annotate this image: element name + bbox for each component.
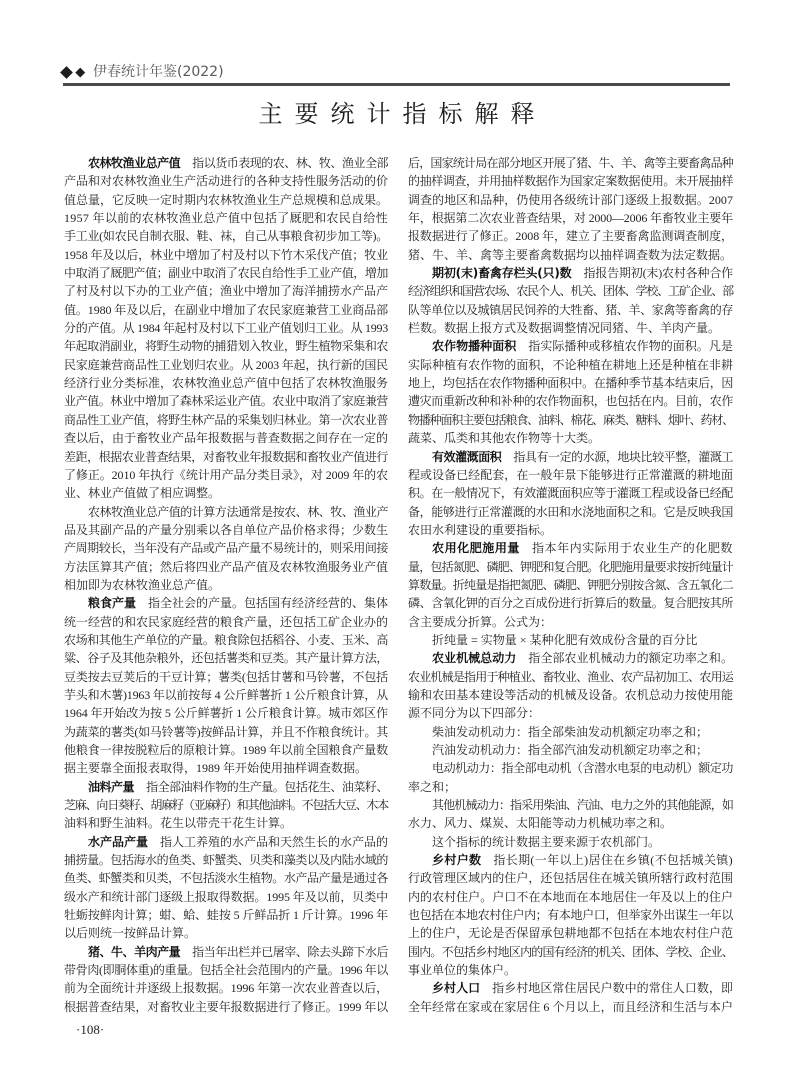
definition-text: 指当年出栏并已屠宰、除去头蹄下水后 <box>192 945 388 959</box>
text-line: 有效灌溉面积指具有一定的水源，地块比较平整，灌溉工 <box>408 448 733 466</box>
left-column: 农林牧渔业总产值指以货币表现的农、林、牧、渔业全部 产品和对农林牧渔业生产活动进… <box>64 154 388 1016</box>
term-heading: 有效灌溉面积 <box>432 450 501 464</box>
line-text: 捕捞量。包括海水的鱼类、虾蟹类、贝类和藻类以及内陆水域的 <box>64 851 388 869</box>
line-text: 他粮食一律按脱粒后的原粮计算。1989 年以前全国粮食产量数 <box>64 741 388 759</box>
line-text: 含主要成分折算。公式为： <box>408 613 552 631</box>
formula-text: 折纯量 = 实物量 × 某种化肥有效成份含量的百分比 <box>432 631 698 649</box>
definition-paragraph: 油料产量指全部油料作物的生产量。包括花生、油菜籽、 芝麻、向日葵籽、胡麻籽（亚麻… <box>64 778 388 833</box>
text-line: 水产品产量指人工养殖的水产品和天然生长的水产品的 <box>64 833 388 851</box>
text-line: 经济组织和国营农场、农民个人、机关、团体、学校、工矿企业、部 <box>408 282 733 300</box>
line-text: 值。1980 年及以后，在副业中增加了农民家庭兼营工业商品部 <box>64 301 388 319</box>
definition-paragraph: 期初(末)畜禽存栏头(只)数指报告期初(末)农村各种合作 经济组织和国营农场、农… <box>408 264 733 337</box>
definition-text: 指全社会的产量。包括国有经济经营的、集体 <box>148 596 388 610</box>
line-text: 实际种植有农作物的面积，不论种植在耕地上还是种植在非耕 <box>408 356 733 374</box>
line-text: 积。在一般情况下，有效灌溉面积应等于灌溉工程或设备已经配 <box>408 484 733 502</box>
line-text: 为蔬菜的薯类(如马铃薯等)按鲜品计算，并且不作粮食统计。其 <box>64 723 388 741</box>
text-line: 芋头和木薯)1963 年以前按每 4 公斤鲜薯折 1 公斤粮食计算，从 <box>64 686 388 704</box>
line-text: 1958 年及以后，林业中增加了村及村以下竹木采伐产值；牧业 <box>64 246 388 264</box>
line-text: 业、林业产值做了相应调整。 <box>64 484 220 502</box>
text-line: 这个指标的统计数据主要来源于农机部门。 <box>408 833 733 851</box>
definition-paragraph: 乡村户数指长期(一年以上)居住在乡镇(不包括城关镇) 行政管理区域内的住户，还包… <box>408 851 733 979</box>
definition-text: 指具有一定的水源，地块比较平整，灌溉工 <box>513 450 733 464</box>
page-title: 主要统计指标解释 <box>0 99 793 129</box>
text-line: 猪、牛、羊肉产量指当年出栏并已屠宰、除去头蹄下水后 <box>64 943 388 961</box>
text-line: 算数量。折纯量是指把氮肥、磷肥、钾肥分别按含氮、含五氧化二 <box>408 576 733 594</box>
text-line: 积。在一般情况下，有效灌溉面积应等于灌溉工程或设备已经配 <box>408 484 733 502</box>
line-text: 年，根据第二次农业普查结果，对 2000—2006 年畜牧业主要年 <box>408 209 733 227</box>
line-text: 备，能够进行正常灌溉的水田和水浇地面积之和。它是反映我国 <box>408 503 733 521</box>
line-content: 农业机械总动力指全部农业机械动力的额定功率之和。 <box>432 649 733 667</box>
text-line: 乡村户数指长期(一年以上)居住在乡镇(不包括城关镇) <box>408 851 733 869</box>
text-line: 为蔬菜的薯类(如马铃薯等)按鲜品计算，并且不作粮食统计。其 <box>64 723 388 741</box>
text-line: 备，能够进行正常灌溉的水田和水浇地面积之和。它是反映我国 <box>408 503 733 521</box>
line-text: 了村及村以下办的工业产值；渔业中增加了海洋捕捞水产品产 <box>64 282 388 300</box>
definition-text: 指以货币表现的农、林、牧、渔业全部 <box>192 156 388 170</box>
text-line: 查以后，由于畜牧业产品年报数据与普查数据之间存在一定的 <box>64 429 388 447</box>
definition-text: 指全部油料作物的生产量。包括花生、油菜籽、 <box>146 780 388 794</box>
line-content: 油料产量指全部油料作物的生产量。包括花生、油菜籽、 <box>88 778 388 796</box>
line-text: 量，包括氮肥、磷肥、钾肥和复合肥。化肥施用量要求按折纯量计 <box>408 558 733 576</box>
line-text: 品及其副产品的产量分别乘以各自单位产品价格求得；少数生 <box>64 521 388 539</box>
text-line: 芝麻、向日葵籽、胡麻籽（亚麻籽）和其他油料。不包括大豆、木本 <box>64 796 388 814</box>
line-text: 统一经营的和农民家庭经营的粮食产量，还包括工矿企业办的 <box>64 613 388 631</box>
line-text: 鱼类、虾蟹类和贝类，不包括淡水生植物。水产品产量是通过各 <box>64 869 388 887</box>
text-line: 全年经常在家或在家居住 6 个月以上，而且经济和生活与本户 <box>408 998 733 1016</box>
text-line: 源不同分为以下四部分： <box>408 704 733 722</box>
line-content: 期初(末)畜禽存栏头(只)数指报告期初(末)农村各种合作 <box>432 264 733 282</box>
text-line: 前为全面统计并逐级上报数据。1996 年第一次农业普查以后， <box>64 979 388 997</box>
line-text: 1957 年以前的农林牧渔业总产值中包括了厩肥和农民自给性 <box>64 209 388 227</box>
text-line: 1957 年以前的农林牧渔业总产值中包括了厩肥和农民自给性 <box>64 209 388 227</box>
text-line: 业、林业产值做了相应调整。 <box>64 484 388 502</box>
line-text: 汽油发动机动力：指全部汽油发动机额定功率之和； <box>432 741 708 759</box>
line-content: 猪、牛、羊肉产量指当年出栏并已屠宰、除去头蹄下水后 <box>88 943 388 961</box>
line-text: 差距，根据农业普查结果，对畜牧业年报数据和畜牧业产值进行 <box>64 448 388 466</box>
text-line: 分的产值。从 1984 年起村及村以下工业产值划归工业。从 1993 <box>64 319 388 337</box>
definition-paragraph: 粮食产量指全社会的产量。包括国有经济经营的、集体 统一经营的和农民家庭经营的粮食… <box>64 594 388 777</box>
line-text: 磷、含氧化钾的百分之百成份进行折算后的数量。复合肥按其所 <box>408 594 733 612</box>
line-text: 1964 年开始改为按 5 公斤鲜薯折 1 公斤粮食计算。城市郊区作 <box>64 704 388 722</box>
definition-text: 指人工养殖的水产品和天然生长的水产品的 <box>160 835 388 849</box>
definition-paragraph: 有效灌溉面积指具有一定的水源，地块比较平整，灌溉工 程或设备已经配套，在一般年景… <box>408 448 733 540</box>
term-heading: 油料产量 <box>88 780 134 794</box>
line-text: 民家庭兼营商品性工业划归农业。从 2003 年起，执行新的国民 <box>64 356 388 374</box>
text-line: 报数据进行了修正。2008 年，建立了主要畜禽监测调查制度， <box>408 227 733 245</box>
line-text: 查以后，由于畜牧业产品年报数据与普查数据之间存在一定的 <box>64 429 388 447</box>
text-line: 期初(末)畜禽存栏头(只)数指报告期初(末)农村各种合作 <box>408 264 733 282</box>
definition-text: 指本年内实际用于农业生产的化肥数 <box>532 541 733 555</box>
text-line: 后，国家统计局在部分地区开展了猪、牛、羊、禽等主要畜禽品种 <box>408 154 733 172</box>
text-line: 据主要靠全面报表取得，1989 年开始使用抽样调查数据。 <box>64 759 388 777</box>
definition-paragraph: 猪、牛、羊肉产量指当年出栏并已屠宰、除去头蹄下水后 带骨肉(即胴体重)的重量。包… <box>64 943 388 1016</box>
line-text: 围内。不包括乡村地区内的国有经济的机关、团体、学校、企业、 <box>408 943 733 961</box>
text-line: 捕捞量。包括海水的鱼类、虾蟹类、贝类和藻类以及内陆水域的 <box>64 851 388 869</box>
text-line: 柴油发动机动力：指全部柴油发动机额定功率之和； <box>408 723 733 741</box>
definition-text: 指长期(一年以上)居住在乡镇(不包括城关镇) <box>493 853 733 867</box>
text-line: 农用化肥施用量指本年内实际用于农业生产的化肥数 <box>408 539 733 557</box>
text-line: 民家庭兼营商品性工业划归农业。从 2003 年起，执行新的国民 <box>64 356 388 374</box>
line-content: 粮食产量指全社会的产量。包括国有经济经营的、集体 <box>88 594 388 612</box>
line-text: 地上，均包括在农作物播种面积中。在播种季节基本结束后，因 <box>408 374 733 392</box>
line-text: 报数据进行了修正。2008 年，建立了主要畜禽监测调查制度， <box>408 227 733 245</box>
line-text: 芋头和木薯)1963 年以前按每 4 公斤鲜薯折 1 公斤粮食计算，从 <box>64 686 388 704</box>
text-line: 方法匡算其产值；然后将四业产品产值及农林牧渔服务业产值 <box>64 558 388 576</box>
text-line: 调查的地区和品种，仍使用各级统计部门逐级上报数据。2007 <box>408 191 733 209</box>
line-text: 这个指标的统计数据主要来源于农机部门。 <box>432 833 660 851</box>
text-line: 油料产量指全部油料作物的生产量。包括花生、油菜籽、 <box>64 778 388 796</box>
text-line: 农业机械总动力指全部农业机械动力的额定功率之和。 <box>408 649 733 667</box>
text-line: 相加即为农林牧渔业总产值。 <box>64 576 388 594</box>
line-content: 农林牧渔业总产值指以货币表现的农、林、牧、渔业全部 <box>88 154 388 172</box>
text-line: 物播种面积主要包括粮食、油料、棉花、麻类、糖料、烟叶、药材、 <box>408 411 733 429</box>
line-text: 豆类按去豆荚后的干豆计算；薯类(包括甘薯和马铃薯，不包括 <box>64 668 388 686</box>
line-text: 率之和； <box>408 778 456 796</box>
definition-text: 指实际播种或移植农作物的面积。凡是 <box>528 339 733 353</box>
line-text: 后，国家统计局在部分地区开展了猪、牛、羊、禽等主要畜禽品种 <box>408 154 733 172</box>
text-line: 行政管理区域内的住户，还包括居住在城关镇所辖行政村范围 <box>408 869 733 887</box>
line-text: 其他机械动力：指采用柴油、汽油、电力之外的其他能源，如 <box>432 796 733 814</box>
line-text: 据主要靠全面报表取得，1989 年开始使用抽样调查数据。 <box>64 759 367 777</box>
text-line: 的抽样调查，并用抽样数据作为国家定案数据使用。未开展抽样 <box>408 172 733 190</box>
text-line: 带骨肉(即胴体重)的重量。包括全社会范围内的产量。1996 年以 <box>64 961 388 979</box>
line-text: 遭灾而重新改种和补种的农作物面积，也包括在内。目前，农作 <box>408 392 733 410</box>
text-line: 电动机动力：指全部电动机（含潜水电泵的电动机）额定功 <box>408 759 733 777</box>
line-text: 产周期较长，当年没有产品或产品产量不易统计的，则采用间接 <box>64 539 388 557</box>
line-text: 程或设备已经配套，在一般年景下能够进行正常灌溉的耕地面 <box>408 466 733 484</box>
text-line: 级水产和统计部门逐级上报取得数据。1995 年及以前，贝类中 <box>64 888 388 906</box>
line-text: 内的农村住户。户口不在本地而在本地居住一年及以上的住户 <box>408 888 733 906</box>
text-line: 其他机械动力：指采用柴油、汽油、电力之外的其他能源，如 <box>408 796 733 814</box>
text-line: 乡村人口指乡村地区常住居民户数中的常住人口数，即 <box>408 979 733 997</box>
line-text: 方法匡算其产值；然后将四业产品产值及农林牧渔服务业产值 <box>64 558 388 576</box>
text-line: 也包括在本地农村住户内；有本地户口，但举家外出谋生一年以 <box>408 906 733 924</box>
sub-item-paragraph: 这个指标的统计数据主要来源于农机部门。 <box>408 833 733 851</box>
line-text: 了修正。2010 年执行《统计用产品分类目录》，对 2009 年的农 <box>64 466 388 484</box>
line-text: 带骨肉(即胴体重)的重量。包括全社会范围内的产量。1996 年以 <box>64 961 388 979</box>
text-line: 猪、牛、羊、禽等主要畜禽数据均以抽样调查数为法定数据。 <box>408 246 733 264</box>
definition-paragraph: 农用化肥施用量指本年内实际用于农业生产的化肥数 量，包括氮肥、磷肥、钾肥和复合肥… <box>408 539 733 631</box>
line-text: 队等单位以及城镇居民饲养的大牲畜、猪、羊、家禽等畜禽的存 <box>408 301 733 319</box>
line-text: 经济组织和国营农场、农民个人、机关、团体、学校、工矿企业、部 <box>408 282 733 300</box>
term-heading: 乡村户数 <box>432 853 481 867</box>
line-content: 乡村户数指长期(一年以上)居住在乡镇(不包括城关镇) <box>432 851 733 869</box>
line-text: 手工业(如农民自制衣服、鞋、袜，自己从事粮食初步加工等)。 <box>64 227 388 245</box>
text-line: 值。1980 年及以后，在副业中增加了农民家庭兼营工业商品部 <box>64 301 388 319</box>
sub-item-paragraph: 其他机械动力：指采用柴油、汽油、电力之外的其他能源，如 水力、风力、煤炭、太阳能… <box>408 796 733 833</box>
text-line: 业产值。林业中增加了森林采运业产值。农业中取消了家庭兼营 <box>64 392 388 410</box>
line-text: 物播种面积主要包括粮食、油料、棉花、麻类、糖料、烟叶、药材、 <box>408 411 733 429</box>
line-text: 蔬菜、瓜类和其他农作物等十大类。 <box>408 429 600 447</box>
text-line: 了修正。2010 年执行《统计用产品分类目录》，对 2009 年的农 <box>64 466 388 484</box>
diamond-icon <box>60 66 73 79</box>
text-line: 含主要成分折算。公式为： <box>408 613 733 631</box>
line-text: 柴油发动机动力：指全部柴油发动机额定功率之和； <box>432 723 708 741</box>
text-line: 年起取消副业，将野生动物的捕猎划入牧业，野生植物采集和农 <box>64 337 388 355</box>
text-line: 地上，均包括在农作物播种面积中。在播种季节基本结束后，因 <box>408 374 733 392</box>
text-line: 手工业(如农民自制衣服、鞋、袜，自己从事粮食初步加工等)。 <box>64 227 388 245</box>
definition-paragraph: 乡村人口指乡村地区常住居民户数中的常住人口数，即 全年经常在家或在家居住 6 个… <box>408 979 733 1016</box>
definition-paragraph: 水产品产量指人工养殖的水产品和天然生长的水产品的 捕捞量。包括海水的鱼类、虾蟹类… <box>64 833 388 943</box>
running-title: 伊春统计年鉴(2022) <box>93 63 224 81</box>
line-content: 有效灌溉面积指具有一定的水源，地块比较平整，灌溉工 <box>432 448 733 466</box>
text-line: 中取消了厩肥产值；副业中取消了农民自给性手工业产值，增加 <box>64 264 388 282</box>
text-line: 牡蛎按鲜肉计算；蚶、蛤、蛙按 5 斤鲜品折 1 斤计算。1996 年 <box>64 906 388 924</box>
text-line: 粱、谷子及其他杂粮外，还包括薯类和豆类。其产量计算方法， <box>64 649 388 667</box>
text-line: 量，包括氮肥、磷肥、钾肥和复合肥。化肥施用量要求按折纯量计 <box>408 558 733 576</box>
text-line: 统一经营的和农民家庭经营的粮食产量，还包括工矿企业办的 <box>64 613 388 631</box>
line-text: 产品和对农林牧渔业生产活动进行的各种支持性服务活动的价 <box>64 172 388 190</box>
definition-text: 指报告期初(末)农村各种合作 <box>583 266 733 280</box>
line-text: 农场和其他生产单位的产量。粮食除包括稻谷、小麦、玉米、高 <box>64 631 388 649</box>
line-text: 分的产值。从 1984 年起村及村以下工业产值划归工业。从 1993 <box>64 319 388 337</box>
sub-item-paragraph: 电动机动力：指全部电动机（含潜水电泵的电动机）额定功 率之和； <box>408 759 733 796</box>
line-text: 栏数。数据上报方式及数据调整情况同猪、牛、羊肉产量。 <box>408 319 720 337</box>
line-text: 粱、谷子及其他杂粮外，还包括薯类和豆类。其产量计算方法， <box>64 649 388 667</box>
text-line: 差距，根据农业普查结果，对畜牧业年报数据和畜牧业产值进行 <box>64 448 388 466</box>
line-text: 芝麻、向日葵籽、胡麻籽（亚麻籽）和其他油料。不包括大豆、木本 <box>64 796 388 814</box>
line-text: 年起取消副业，将野生动物的捕猎划入牧业，野生植物采集和农 <box>64 337 388 355</box>
line-text: 值总量，它反映一定时期内农林牧渔业生产总规模和总成果。 <box>64 191 388 209</box>
definition-paragraph: 农林牧渔业总产值的计算方法通常是按农、林、牧、渔业产 品及其副产品的产量分别乘以… <box>64 503 388 595</box>
term-heading: 农用化肥施用量 <box>432 541 520 555</box>
page-number: ·108· <box>76 1021 104 1039</box>
line-text: 的抽样调查，并用抽样数据作为国家定案数据使用。未开展抽样 <box>408 172 733 190</box>
text-line: 1958 年及以后，林业中增加了村及村以下竹木采伐产值；牧业 <box>64 246 388 264</box>
line-text: 以后则统一按鲜品计算。 <box>64 924 196 942</box>
text-line: 商品性工业产值，将野生林产品的采集划归林业。第一次农业普 <box>64 411 388 429</box>
term-heading: 粮食产量 <box>88 596 136 610</box>
line-text: 油料和野生油料。花生以带壳干花生计算。 <box>64 814 292 832</box>
text-line: 遭灾而重新改种和补种的农作物面积，也包括在内。目前，农作 <box>408 392 733 410</box>
line-text: 事业单位的集体户。 <box>408 961 516 979</box>
text-line: 油料和野生油料。花生以带壳干花生计算。 <box>64 814 388 832</box>
text-line: 蔬菜、瓜类和其他农作物等十大类。 <box>408 429 733 447</box>
definition-paragraph: 农作物播种面积指实际播种或移植农作物的面积。凡是 实际种植有农作物的面积，不论种… <box>408 337 733 447</box>
text-line: 内的农村住户。户口不在本地而在本地居住一年及以上的住户 <box>408 888 733 906</box>
text-line: 程或设备已经配套，在一般年景下能够进行正常灌溉的耕地面 <box>408 466 733 484</box>
definition-text: 指乡村地区常住居民户数中的常住人口数，即 <box>492 981 733 995</box>
line-text: 业产值。林业中增加了森林采运业产值。农业中取消了家庭兼营 <box>64 392 388 410</box>
line-text: 源不同分为以下四部分： <box>408 704 540 722</box>
text-line: 豆类按去豆荚后的干豆计算；薯类(包括甘薯和马铃薯，不包括 <box>64 668 388 686</box>
term-heading: 农业机械总动力 <box>432 651 516 665</box>
term-heading: 乡村人口 <box>432 981 480 995</box>
text-line: 农作物播种面积指实际播种或移植农作物的面积。凡是 <box>408 337 733 355</box>
line-text: 前为全面统计并逐级上报数据。1996 年第一次农业普查以后， <box>64 979 388 997</box>
term-heading: 水产品产量 <box>88 835 148 849</box>
line-text: 级水产和统计部门逐级上报取得数据。1995 年及以前，贝类中 <box>64 888 388 906</box>
text-line: 了村及村以下办的工业产值；渔业中增加了海洋捕捞水产品产 <box>64 282 388 300</box>
text-line: 他粮食一律按脱粒后的原粮计算。1989 年以前全国粮食产量数 <box>64 741 388 759</box>
line-content: 水产品产量指人工养殖的水产品和天然生长的水产品的 <box>88 833 388 851</box>
text-line: 经济行业分类标准，农林牧渔业总产值中包括了农林牧渔服务 <box>64 374 388 392</box>
line-text: 猪、牛、羊、禽等主要畜禽数据均以抽样调查数为法定数据。 <box>408 246 732 264</box>
text-line: 上的住户，无论是否保留承包耕地都不包括在本地农村住户范 <box>408 924 733 942</box>
term-heading: 农作物播种面积 <box>432 339 516 353</box>
text-line: 围内。不包括乡村地区内的国有经济的机关、团体、学校、企业、 <box>408 943 733 961</box>
line-text: 电动机动力：指全部电动机（含潜水电泵的电动机）额定功 <box>432 759 733 777</box>
line-text: 全年经常在家或在家居住 6 个月以上，而且经济和生活与本户 <box>408 998 733 1016</box>
text-line: 根据普查结果，对畜牧业主要年报数据进行了修正。1999 年以 <box>64 998 388 1016</box>
term-heading: 农林牧渔业总产值 <box>88 156 180 170</box>
line-text: 农业机械是指用于种植业、畜牧业、渔业、农产品初加工、农用运 <box>408 668 733 686</box>
line-text: 商品性工业产值，将野生林产品的采集划归林业。第一次农业普 <box>64 411 388 429</box>
text-line: 农场和其他生产单位的产量。粮食除包括稻谷、小麦、玉米、高 <box>64 631 388 649</box>
line-text: 也包括在本地农村住户内；有本地户口，但举家外出谋生一年以 <box>408 906 733 924</box>
definition-paragraph: 后，国家统计局在部分地区开展了猪、牛、羊、禽等主要畜禽品种 的抽样调查，并用抽样… <box>408 154 733 264</box>
line-content: 农用化肥施用量指本年内实际用于农业生产的化肥数 <box>432 539 733 557</box>
line-text: 输和农田基本建设等活动的机械及设备。农机总动力按使用能 <box>408 686 733 704</box>
text-line: 品及其副产品的产量分别乘以各自单位产品价格求得；少数生 <box>64 521 388 539</box>
header-rule <box>63 83 730 86</box>
line-text: 调查的地区和品种，仍使用各级统计部门逐级上报数据。2007 <box>408 191 733 209</box>
sub-item-paragraph: 汽油发动机动力：指全部汽油发动机额定功率之和； <box>408 741 733 759</box>
line-text: 相加即为农林牧渔业总产值。 <box>64 576 220 594</box>
text-line: 粮食产量指全社会的产量。包括国有经济经营的、集体 <box>64 594 388 612</box>
text-line: 实际种植有农作物的面积，不论种植在耕地上还是种植在非耕 <box>408 356 733 374</box>
term-heading: 猪、牛、羊肉产量 <box>88 945 180 959</box>
line-text: 农林牧渔业总产值的计算方法通常是按农、林、牧、渔业产 <box>88 503 388 521</box>
line-text: 行政管理区域内的住户，还包括居住在城关镇所辖行政村范围 <box>408 869 733 887</box>
sub-item-paragraph: 柴油发动机动力：指全部柴油发动机额定功率之和； <box>408 723 733 741</box>
text-line: 率之和； <box>408 778 733 796</box>
term-heading: 期初(末)畜禽存栏头(只)数 <box>432 266 571 280</box>
text-line: 事业单位的集体户。 <box>408 961 733 979</box>
line-text: 水力、风力、煤炭、太阳能等动力机械功率之和。 <box>408 814 672 832</box>
text-line: 农业机械是指用于种植业、畜牧业、渔业、农产品初加工、农用运 <box>408 668 733 686</box>
line-content: 乡村人口指乡村地区常住居民户数中的常住人口数，即 <box>432 979 733 997</box>
text-line: 输和农田基本建设等活动的机械及设备。农机总动力按使用能 <box>408 686 733 704</box>
diamond-icon <box>75 67 84 76</box>
line-text: 算数量。折纯量是指把氮肥、磷肥、钾肥分别按含氮、含五氧化二 <box>408 576 733 594</box>
text-line: 磷、含氧化钾的百分之百成份进行折算后的数量。复合肥按其所 <box>408 594 733 612</box>
text-line: 值总量，它反映一定时期内农林牧渔业生产总规模和总成果。 <box>64 191 388 209</box>
right-column: 后，国家统计局在部分地区开展了猪、牛、羊、禽等主要畜禽品种 的抽样调查，并用抽样… <box>408 154 733 1016</box>
text-line: 汽油发动机动力：指全部汽油发动机额定功率之和； <box>408 741 733 759</box>
line-content: 农作物播种面积指实际播种或移植农作物的面积。凡是 <box>432 337 733 355</box>
formula: 折纯量 = 实物量 × 某种化肥有效成份含量的百分比 <box>408 631 733 649</box>
line-text: 牡蛎按鲜肉计算；蚶、蛤、蛙按 5 斤鲜品折 1 斤计算。1996 年 <box>64 906 388 924</box>
line-text: 上的住户，无论是否保留承包耕地都不包括在本地农村住户范 <box>408 924 733 942</box>
definition-text: 指全部农业机械动力的额定功率之和。 <box>528 651 733 665</box>
text-line: 栏数。数据上报方式及数据调整情况同猪、牛、羊肉产量。 <box>408 319 733 337</box>
line-text: 根据普查结果，对畜牧业主要年报数据进行了修正。1999 年以 <box>64 998 388 1016</box>
line-text: 经济行业分类标准，农林牧渔业总产值中包括了农林牧渔服务 <box>64 374 388 392</box>
text-line: 队等单位以及城镇居民饲养的大牲畜、猪、羊、家禽等畜禽的存 <box>408 301 733 319</box>
text-line: 农林牧渔业总产值的计算方法通常是按农、林、牧、渔业产 <box>64 503 388 521</box>
definition-paragraph: 农业机械总动力指全部农业机械动力的额定功率之和。 农业机械是指用于种植业、畜牧业… <box>408 649 733 722</box>
text-line: 产周期较长，当年没有产品或产品产量不易统计的，则采用间接 <box>64 539 388 557</box>
text-line: 折纯量 = 实物量 × 某种化肥有效成份含量的百分比 <box>408 631 733 649</box>
text-line: 农田水利建设的重要指标。 <box>408 521 733 539</box>
line-text: 农田水利建设的重要指标。 <box>408 521 552 539</box>
text-line: 农林牧渔业总产值指以货币表现的农、林、牧、渔业全部 <box>64 154 388 172</box>
text-line: 以后则统一按鲜品计算。 <box>64 924 388 942</box>
text-line: 年，根据第二次农业普查结果，对 2000—2006 年畜牧业主要年 <box>408 209 733 227</box>
text-line: 鱼类、虾蟹类和贝类，不包括淡水生植物。水产品产量是通过各 <box>64 869 388 887</box>
text-line: 水力、风力、煤炭、太阳能等动力机械功率之和。 <box>408 814 733 832</box>
text-line: 1964 年开始改为按 5 公斤鲜薯折 1 公斤粮食计算。城市郊区作 <box>64 704 388 722</box>
definition-paragraph: 农林牧渔业总产值指以货币表现的农、林、牧、渔业全部 产品和对农林牧渔业生产活动进… <box>64 154 388 503</box>
line-text: 中取消了厩肥产值；副业中取消了农民自给性手工业产值，增加 <box>64 264 388 282</box>
text-line: 产品和对农林牧渔业生产活动进行的各种支持性服务活动的价 <box>64 172 388 190</box>
